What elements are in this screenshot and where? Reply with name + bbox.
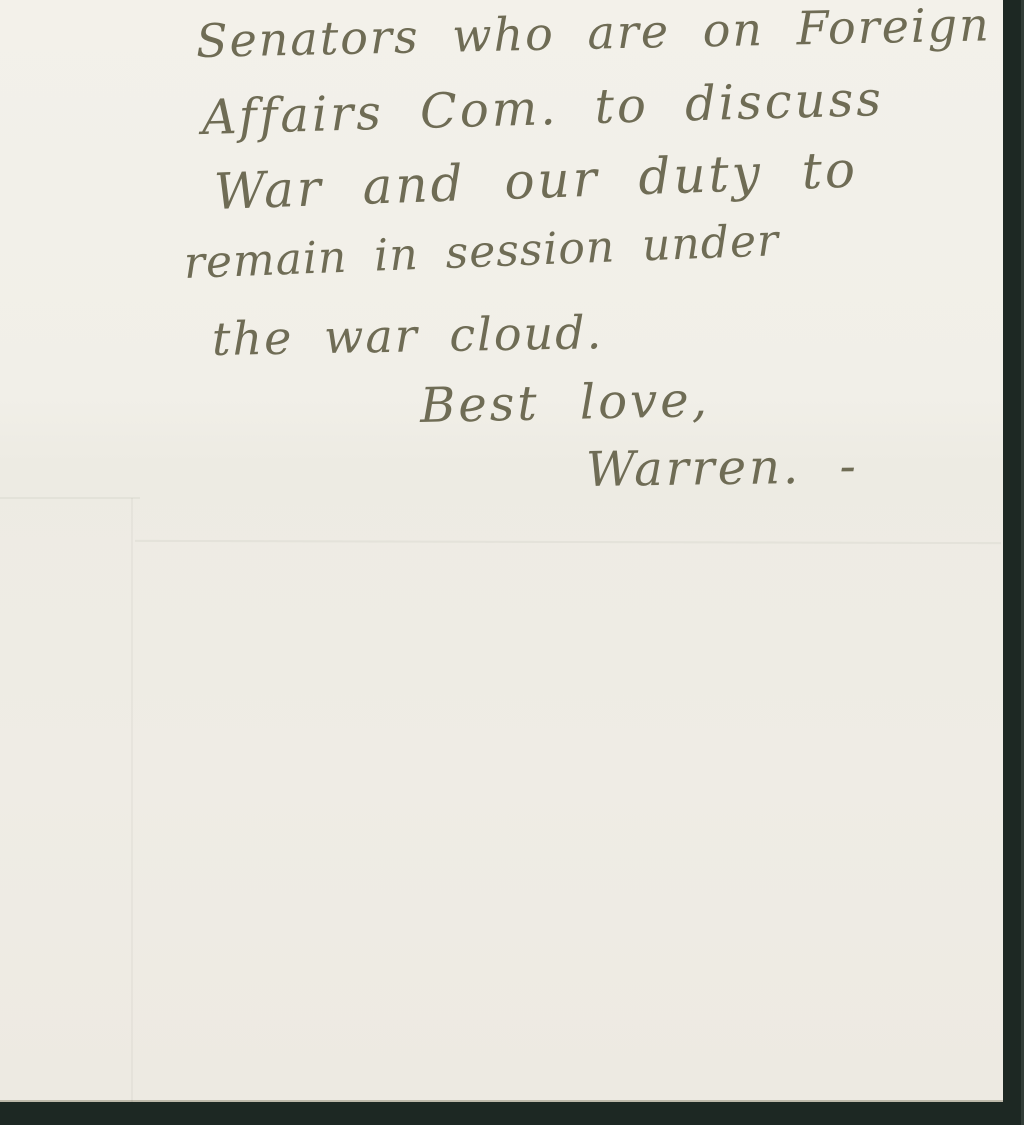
scanned-letter-screenshot: { "palette": { "scan_background": "#1d28… [0, 0, 1024, 1125]
handwriting-line-3: War and our duty to [213, 140, 859, 222]
closing-line: Best love, [419, 372, 710, 436]
fold-crease-vertical [131, 498, 133, 1102]
fold-crease-horizontal-left [0, 497, 140, 499]
handwriting-line-1: Senators who are on Foreign [195, 0, 991, 69]
signature-line: Warren. - [586, 438, 860, 499]
handwriting-line-4: remain in session under [183, 215, 780, 291]
fold-crease-horizontal-main [135, 540, 1001, 544]
handwriting-line-5: the war cloud. [212, 305, 604, 367]
letter-page: Senators who are on Foreign Affairs Com.… [0, 0, 1003, 1102]
handwriting-line-2: Affairs Com. to discuss [201, 71, 884, 148]
